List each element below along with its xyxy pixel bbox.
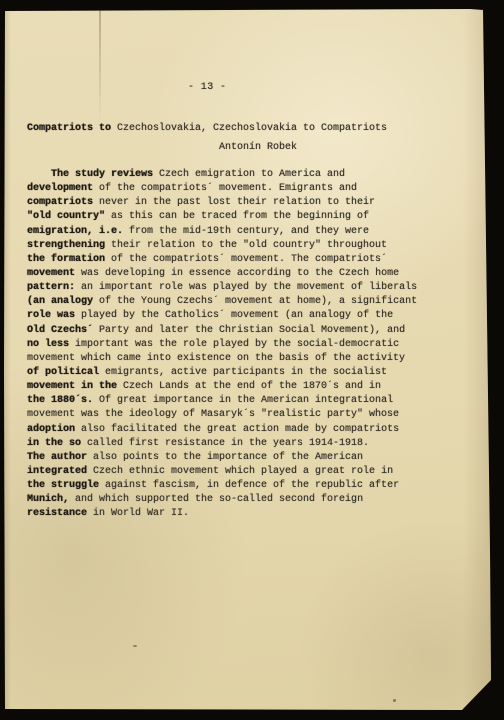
text-line: of political emigrants, active participa… <box>27 366 417 380</box>
text-line: The study reviews Czech emigration to Am… <box>27 168 417 182</box>
text-line: movement in the Czech Lands at the end o… <box>27 380 417 394</box>
text-line: strengthening their relation to the "old… <box>27 239 417 253</box>
text-line: no less important was the role played by… <box>27 338 417 352</box>
text-line: role was played by the Catholics´ moveme… <box>27 309 417 323</box>
abstract-paragraph: The study reviews Czech emigration to Am… <box>27 168 417 522</box>
text-line: the formation of the compatriots´ moveme… <box>27 253 417 267</box>
text-line: adoption also facilitated the great acti… <box>27 423 417 437</box>
paper-crease <box>99 9 101 124</box>
text-line: movement was the ideology of Masaryk´s "… <box>27 408 417 422</box>
text-line: resistance in World War II. <box>27 507 417 521</box>
text-line: compatriots never in the past lost their… <box>27 196 417 210</box>
scan-background: - 13 - Compatriots to Czechoslovakia, Cz… <box>0 0 504 720</box>
paper-speck <box>133 645 137 647</box>
text-line: "old country" as this can be traced from… <box>27 210 417 224</box>
text-line: (an analogy of the Young Czechs´ movemen… <box>27 295 417 309</box>
article-title-rest: Czechoslovakia, Czechoslovakia to Compat… <box>111 123 387 134</box>
text-line: development of the compatriots´ movement… <box>27 182 417 196</box>
article-title: Compatriots to Czechoslovakia, Czechoslo… <box>27 123 387 134</box>
text-line: The author also points to the importance… <box>27 451 417 465</box>
text-line: emigration, i.e. from the mid-19th centu… <box>27 225 417 239</box>
text-line: Old Czechs´ Party and later the Christia… <box>27 324 417 338</box>
paper-speck <box>393 699 396 702</box>
text-line: movement which came into existence on th… <box>27 352 417 366</box>
document-page: - 13 - Compatriots to Czechoslovakia, Cz… <box>4 9 492 711</box>
text-line: integrated Czech ethnic movement which p… <box>27 465 417 479</box>
page-number: - 13 - <box>188 82 226 93</box>
text-line: Munich, and which supported the so-calle… <box>27 493 417 507</box>
text-line: pattern: an important role was played by… <box>27 281 417 295</box>
text-line: in the so called first resistance in the… <box>27 437 417 451</box>
text-line: the struggle against fascism, in defence… <box>27 479 417 493</box>
author-name: Antonín Robek <box>219 142 297 153</box>
text-line: the 1880´s. Of great importance in the A… <box>27 394 417 408</box>
article-title-lead: Compatriots to <box>27 123 111 134</box>
text-line: movement was developing in essence accor… <box>27 267 417 281</box>
